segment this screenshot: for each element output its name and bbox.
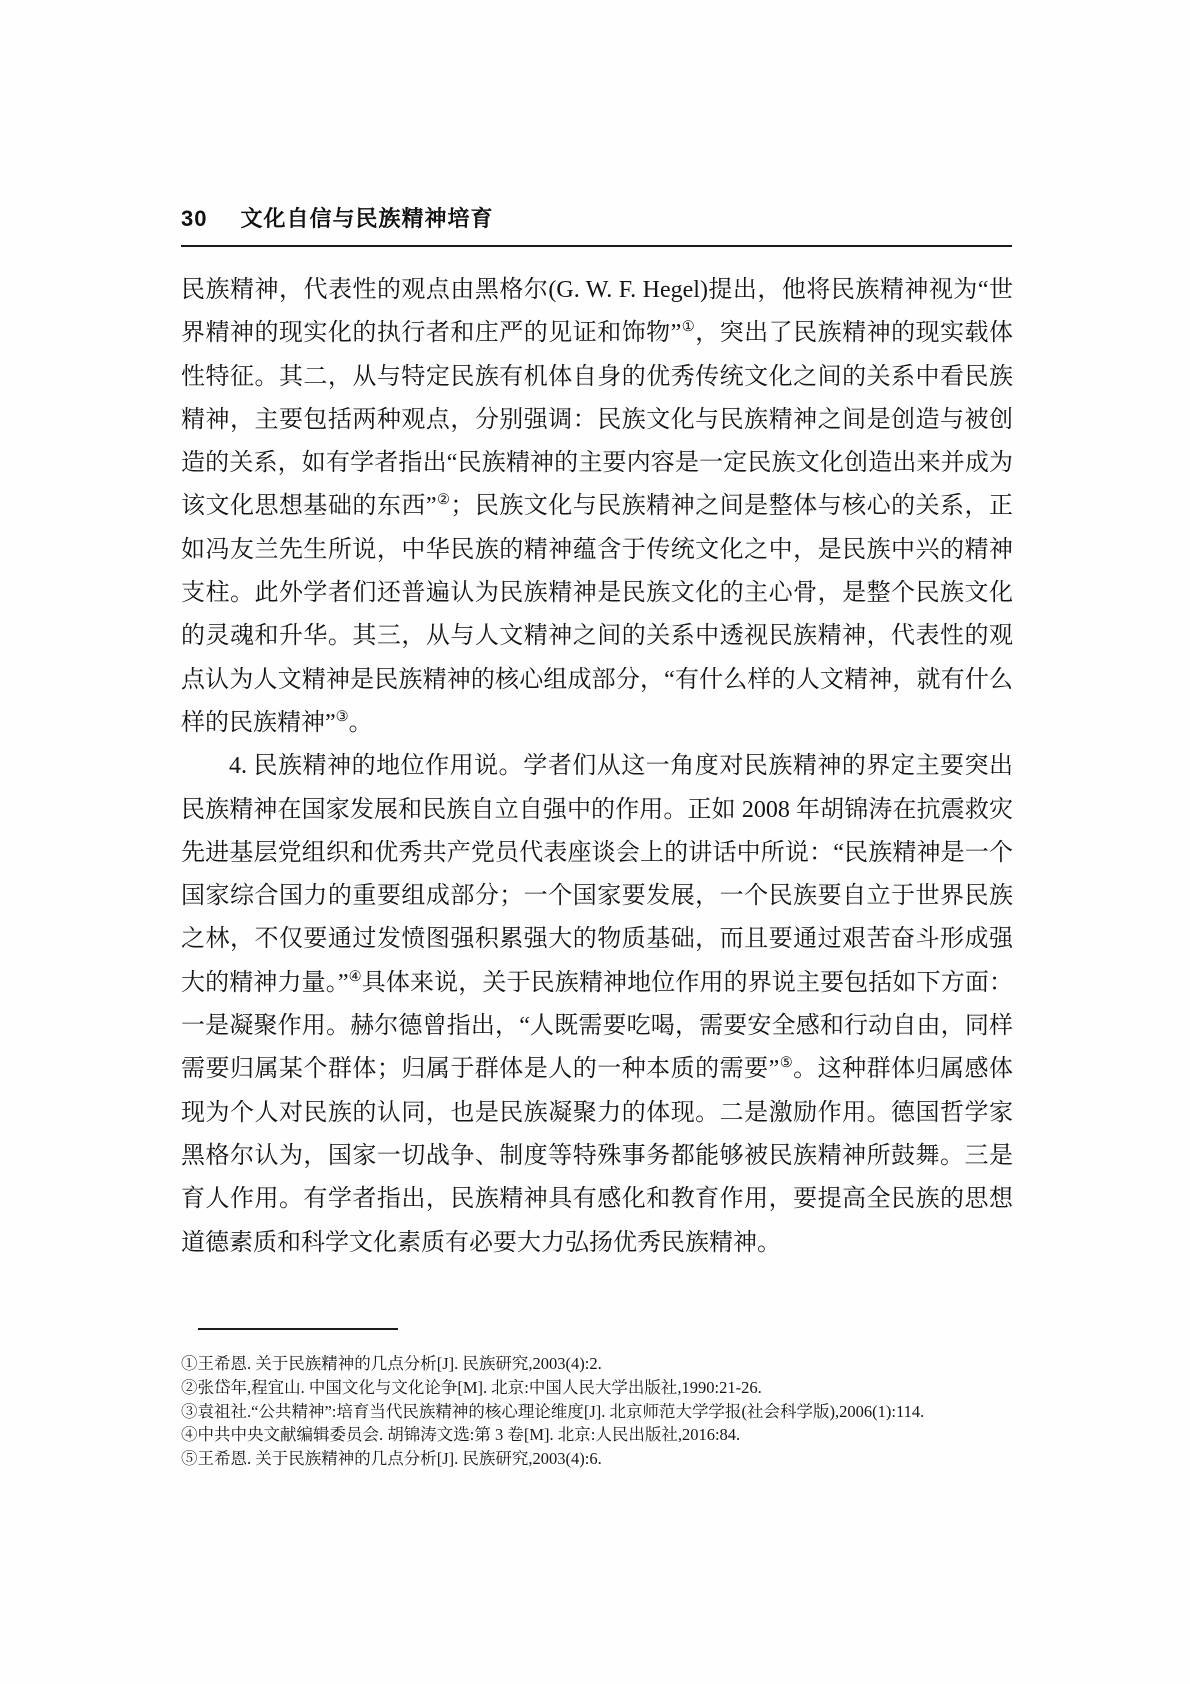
running-head-title: 文化自信与民族精神培育 — [240, 202, 493, 233]
footnote-marker: ① — [681, 319, 695, 335]
body-text: 民族精神，代表性的观点由黑格尔(G. W. F. Hegel)提出，他将民族精神… — [181, 269, 1013, 1265]
footnote-divider — [198, 1328, 398, 1330]
book-page: 30 文化自信与民族精神培育 民族精神，代表性的观点由黑格尔(G. W. F. … — [0, 0, 1190, 1684]
running-head-row: 30 文化自信与民族精神培育 — [181, 202, 1012, 233]
footnote-marker: ② — [437, 492, 451, 508]
footnote: ④中共中央文献编辑委员会. 胡锦涛文选:第 3 卷[M]. 北京:人民出版社,2… — [181, 1423, 1121, 1447]
footnotes-section: ①王希恩. 关于民族精神的几点分析[J]. 民族研究,2003(4):2.②张岱… — [181, 1328, 1121, 1471]
footnote: ③袁祖社.“公共精神”:培育当代民族精神的核心理论维度[J]. 北京师范大学学报… — [181, 1400, 1121, 1424]
footnote-marker: ③ — [336, 709, 349, 725]
body-paragraph: 4. 民族精神的地位作用说。学者们从这一角度对民族精神的界定主要突出民族精神在国… — [181, 745, 1013, 1265]
footnote-list: ①王希恩. 关于民族精神的几点分析[J]. 民族研究,2003(4):2.②张岱… — [181, 1352, 1121, 1471]
page-number: 30 — [181, 206, 207, 232]
footnote: ②张岱年,程宜山. 中国文化与文化论争[M]. 北京:中国人民大学出版社,199… — [181, 1376, 1121, 1400]
header-divider — [181, 245, 1012, 247]
footnote: ①王希恩. 关于民族精神的几点分析[J]. 民族研究,2003(4):2. — [181, 1352, 1121, 1376]
body-paragraph: 民族精神，代表性的观点由黑格尔(G. W. F. Hegel)提出，他将民族精神… — [181, 269, 1013, 745]
footnote: ⑤王希恩. 关于民族精神的几点分析[J]. 民族研究,2003(4):6. — [181, 1447, 1121, 1471]
footnote-marker: ⑤ — [779, 1055, 793, 1071]
page-header: 30 文化自信与民族精神培育 — [181, 202, 1012, 247]
footnote-marker: ④ — [349, 969, 362, 985]
